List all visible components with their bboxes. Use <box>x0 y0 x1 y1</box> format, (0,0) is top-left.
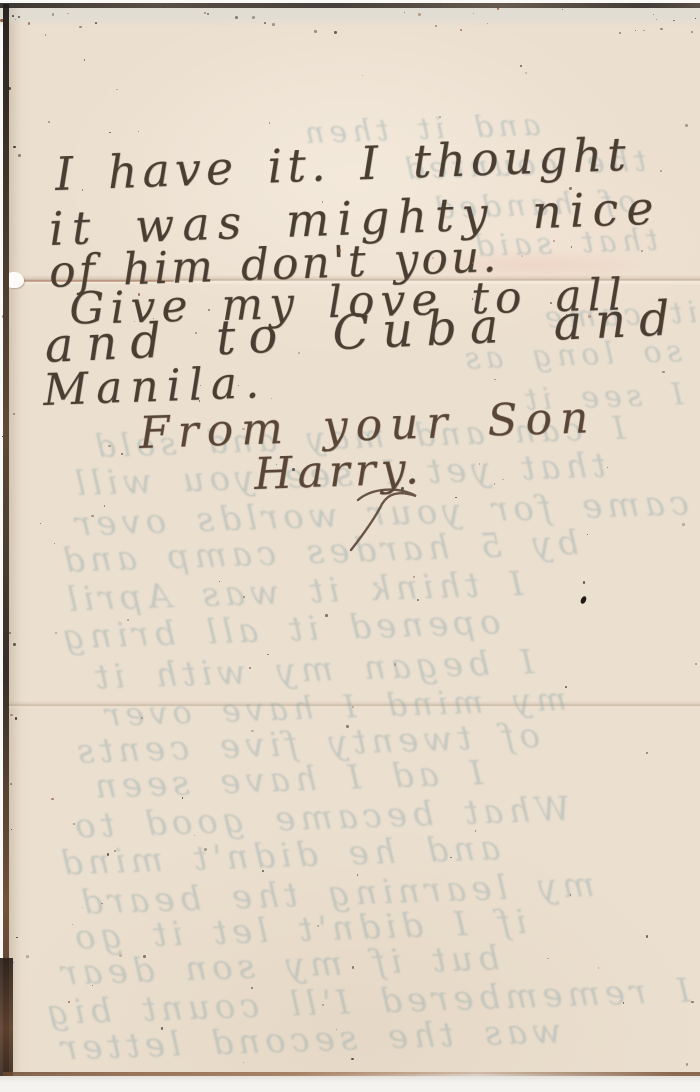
paper-speck <box>276 464 277 465</box>
paper-speck <box>262 870 264 872</box>
paper-speck <box>18 16 20 18</box>
paper-speck <box>13 643 16 646</box>
paper-speck <box>685 124 688 127</box>
paper-speck <box>317 925 319 927</box>
paper-speck <box>207 13 209 15</box>
paper-speck <box>338 249 341 252</box>
paper-speck <box>108 445 110 447</box>
paper-speck <box>352 966 355 969</box>
paper-speck <box>432 257 434 259</box>
paper-speck <box>161 1027 163 1029</box>
paper-speck <box>660 170 662 172</box>
paper-speck <box>598 967 599 968</box>
paper-speck <box>292 468 295 471</box>
paper-speck <box>525 72 527 74</box>
paper-speck <box>143 955 146 958</box>
paper-speck <box>472 298 473 299</box>
scan-top-edge <box>0 3 700 8</box>
paper-speck <box>502 479 504 481</box>
paper-speck <box>26 955 29 958</box>
paper-speck <box>116 89 118 91</box>
paper-speck <box>48 121 50 123</box>
paper-speck <box>45 34 46 35</box>
paper-speck <box>243 1062 244 1063</box>
paper-speck <box>521 255 523 257</box>
paper-speck <box>570 894 572 896</box>
paper-speck <box>252 16 255 19</box>
paper-speck <box>322 1004 323 1005</box>
paper-speck <box>401 487 404 490</box>
paper-speck <box>494 379 496 381</box>
paper-speck <box>682 523 685 526</box>
paper-speck <box>101 903 102 904</box>
paper-speck <box>235 16 238 19</box>
paper-speck <box>646 935 648 937</box>
paper-speck <box>660 28 662 30</box>
paper-speck <box>325 614 328 617</box>
paper-speck <box>413 576 414 577</box>
paper-speck <box>55 632 57 634</box>
scanned-letter-page: I have it. I thought it was mighty nice … <box>0 0 700 1092</box>
paper-speck <box>109 132 110 133</box>
paper-speck <box>553 240 555 242</box>
paper-speck <box>95 22 97 24</box>
paper-speck <box>204 848 207 851</box>
paper-speck <box>18 154 21 157</box>
paper-speck <box>134 321 135 322</box>
paper-speck <box>251 987 253 989</box>
paper-speck <box>194 835 195 836</box>
paper-speck <box>641 250 642 251</box>
paper-speck <box>547 958 548 959</box>
paper-speck <box>588 315 591 318</box>
paper-speck <box>569 187 572 190</box>
paper-speck <box>9 632 11 634</box>
paper-speck <box>298 352 300 354</box>
paper-speck <box>565 686 567 688</box>
signature-flourish <box>338 484 430 562</box>
paper-speck <box>272 23 275 26</box>
paper-speck <box>121 453 123 455</box>
paper-speck <box>435 25 437 27</box>
paper-speck <box>242 428 244 430</box>
paper-speck <box>691 31 693 33</box>
paper-speck <box>79 26 81 28</box>
paper-speck <box>251 730 253 732</box>
paper-speck <box>119 954 122 957</box>
paper-speck <box>691 1001 693 1003</box>
paper-speck <box>520 65 522 67</box>
paper-speck <box>13 146 15 148</box>
paper-speck <box>607 467 608 468</box>
paper-speck <box>12 15 14 17</box>
paper-speck <box>673 20 674 21</box>
paper-speck <box>550 302 552 304</box>
paper-speck <box>472 262 474 264</box>
paper-speck <box>28 22 30 24</box>
paper-speck <box>346 725 348 727</box>
scan-top-band <box>0 8 700 27</box>
scan-corner-bottom-left <box>0 958 13 1076</box>
paper-speck <box>16 937 18 939</box>
scan-bottom-strip <box>0 1076 700 1092</box>
paper-speck <box>439 116 441 118</box>
paper-speck <box>138 131 139 132</box>
left-edge-shadow <box>9 8 21 1072</box>
paper-speck <box>334 31 336 33</box>
paper-speck <box>267 654 268 655</box>
paper-speck <box>51 798 54 801</box>
paper-speck <box>418 13 421 16</box>
paper-speck <box>583 581 585 583</box>
paper-speck <box>460 29 462 31</box>
paper-speck <box>264 22 266 24</box>
paper-speck <box>417 599 419 601</box>
scan-left-edge <box>3 4 9 1076</box>
paper-speck <box>204 12 206 14</box>
